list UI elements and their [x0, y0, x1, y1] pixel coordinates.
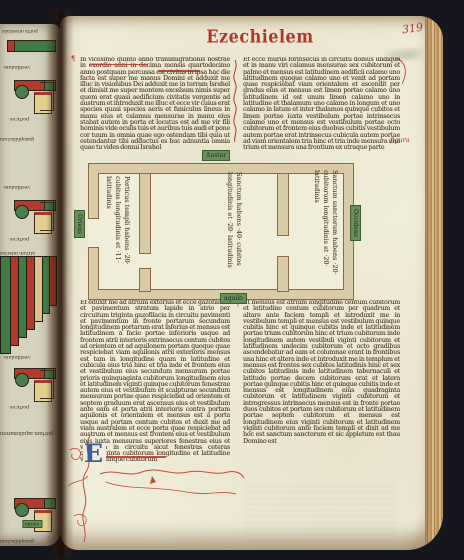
bracket-line: [40, 370, 54, 371]
green-circle: [15, 205, 29, 219]
rubric-paragraph-mark: ¶: [71, 55, 75, 63]
text-column-right-top: Et ecce murus forinsecus in circuitu dom…: [243, 57, 400, 160]
bracket-line: [53, 202, 54, 230]
decorated-initial: E: [84, 440, 103, 468]
pen-flourish-icon: [228, 58, 242, 144]
manuscript-photo: porta orientalis vestibulum porticus gaz…: [0, 0, 464, 560]
facing-diagram-module: [0, 362, 56, 406]
partition-wall: [139, 268, 151, 292]
facing-label: gazophilacium: [0, 136, 34, 142]
facing-diagram-module: [0, 74, 56, 118]
partition-wall: [277, 173, 289, 236]
facing-stepped-bars: [0, 256, 56, 352]
red-bar: [49, 256, 57, 306]
bracket-line: [40, 230, 54, 231]
rubric-underline: [158, 70, 200, 72]
facing-label: porticus: [10, 116, 29, 122]
compass-label-oriens: Oriens: [74, 210, 85, 238]
facing-diagram-module: [0, 194, 56, 238]
rubric-underline: [90, 64, 148, 66]
green-circle: [15, 503, 29, 517]
bracket-line: [53, 370, 54, 398]
facing-label: porta orientalis: [2, 28, 38, 34]
facing-label: gazophilacium: [0, 538, 34, 544]
rubric-underline: [96, 456, 166, 458]
green-circle: [15, 373, 29, 387]
facing-page-strip: porta orientalis vestibulum porticus gaz…: [0, 24, 60, 546]
chamber-label-sanctum-sanctorum: Sanctum sanctorum habens ·20· cubitorum …: [307, 170, 339, 290]
chamber-label-sanctum: Sanctum habens ·40· cubitos longitudinis…: [211, 172, 243, 290]
facing-label-highlighted: aquila: [22, 520, 42, 528]
compass-label-occidens: Occidens: [350, 205, 361, 241]
facing-label: vestibulum: [4, 184, 30, 190]
doorway-gap: [88, 218, 99, 248]
facing-label: vestibulum: [4, 64, 30, 70]
partition-wall: [277, 256, 289, 292]
bracket-line: [53, 82, 54, 110]
bracket-line: [40, 110, 54, 111]
ink-showthrough: [245, 486, 395, 542]
partition-wall: [139, 173, 151, 254]
facing-label: porticus: [10, 404, 29, 410]
compass-label-auster: Auster: [202, 150, 230, 161]
facing-diagram-module: [0, 492, 56, 536]
page-leaf-edges: [425, 16, 443, 550]
bracket-line: [40, 202, 54, 203]
folio-number: 319: [401, 21, 424, 37]
facing-diagram-bar: [14, 40, 56, 52]
compass-label-aquilo: aquilo: [220, 293, 247, 304]
facing-label: porticus: [10, 236, 29, 242]
green-bar: [44, 498, 56, 509]
facing-label: vestibulum: [4, 354, 30, 360]
facing-label: portam aquilonarem: [0, 430, 53, 436]
bracket-line: [40, 82, 54, 83]
text-column-left-top: In vicesimo quinto anno transmigrationis…: [80, 57, 230, 160]
temple-plan-diagram: Porticus templi habens ·20· cubitos long…: [88, 163, 354, 300]
bracket-line: [40, 398, 54, 399]
running-title: Ezechielem: [190, 26, 330, 47]
chamber-label-porticus: Porticus templi habens ·20· cubitos long…: [101, 176, 131, 288]
manuscript-page: Ezechielem 319 figura ¶ ¶ In vicesimo qu…: [60, 16, 443, 550]
text-column-right-bottom: Et mensus est atrium longitudine centum …: [243, 300, 400, 474]
green-circle: [15, 85, 29, 99]
